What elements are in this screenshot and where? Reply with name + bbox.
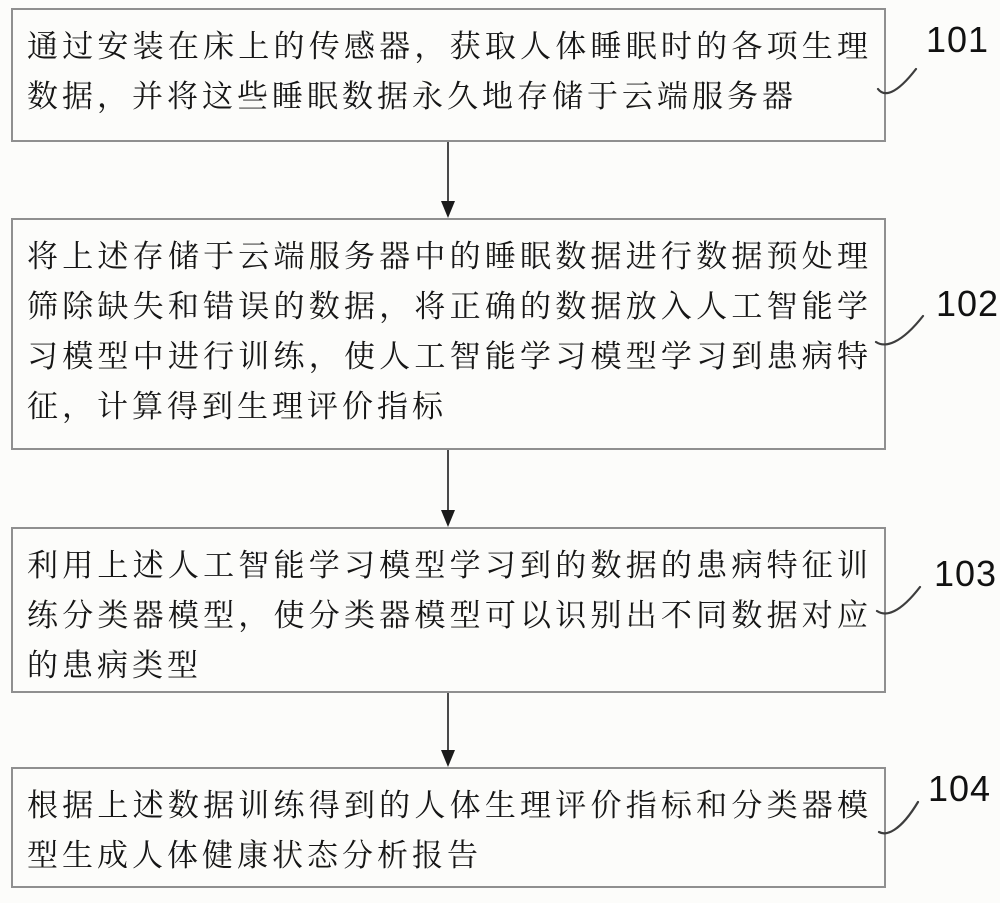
- step-box-102: 将上述存储于云端服务器中的睡眠数据进行数据预处理筛除缺失和错误的数据，将正确的数…: [11, 218, 886, 450]
- step-box-103: 利用上述人工智能学习模型学习到的数据的患病特征训练分类器模型，使分类器模型可以识…: [11, 527, 886, 693]
- step-box-101: 通过安装在床上的传感器，获取人体睡眠时的各项生理数据，并将这些睡眠数据永久地存储…: [11, 8, 886, 142]
- flow-arrow-down-3: [441, 693, 455, 767]
- arrow-head-icon: [441, 510, 455, 527]
- step-ref-label-101: 101: [926, 19, 989, 61]
- arrow-shaft: [447, 142, 449, 204]
- arrow-shaft: [447, 450, 449, 513]
- arrow-head-icon: [441, 201, 455, 218]
- flowchart-canvas: 通过安装在床上的传感器，获取人体睡眠时的各项生理数据，并将这些睡眠数据永久地存储…: [0, 0, 1000, 903]
- step-ref-label-104: 104: [928, 768, 991, 810]
- flow-arrow-down-2: [441, 450, 455, 527]
- step-ref-label-103: 103: [934, 553, 997, 595]
- step-text-104: 根据上述数据训练得到的人体生理评价指标和分类器模型生成人体健康状态分析报告: [13, 769, 884, 881]
- flow-arrow-down-1: [441, 142, 455, 218]
- arrow-shaft: [447, 693, 449, 753]
- leader-curve-icon-103: [874, 583, 924, 617]
- arrow-head-icon: [441, 750, 455, 767]
- step-box-104: 根据上述数据训练得到的人体生理评价指标和分类器模型生成人体健康状态分析报告: [11, 767, 886, 888]
- leader-curve-icon-104: [876, 796, 922, 836]
- step-text-102: 将上述存储于云端服务器中的睡眠数据进行数据预处理筛除缺失和错误的数据，将正确的数…: [13, 220, 884, 432]
- step-text-101: 通过安装在床上的传感器，获取人体睡眠时的各项生理数据，并将这些睡眠数据永久地存储…: [13, 10, 884, 122]
- leader-curve-icon-101: [876, 64, 920, 98]
- step-text-103: 利用上述人工智能学习模型学习到的数据的患病特征训练分类器模型，使分类器模型可以识…: [13, 529, 884, 691]
- step-ref-label-102: 102: [936, 283, 999, 325]
- leader-curve-icon-102: [873, 310, 927, 348]
